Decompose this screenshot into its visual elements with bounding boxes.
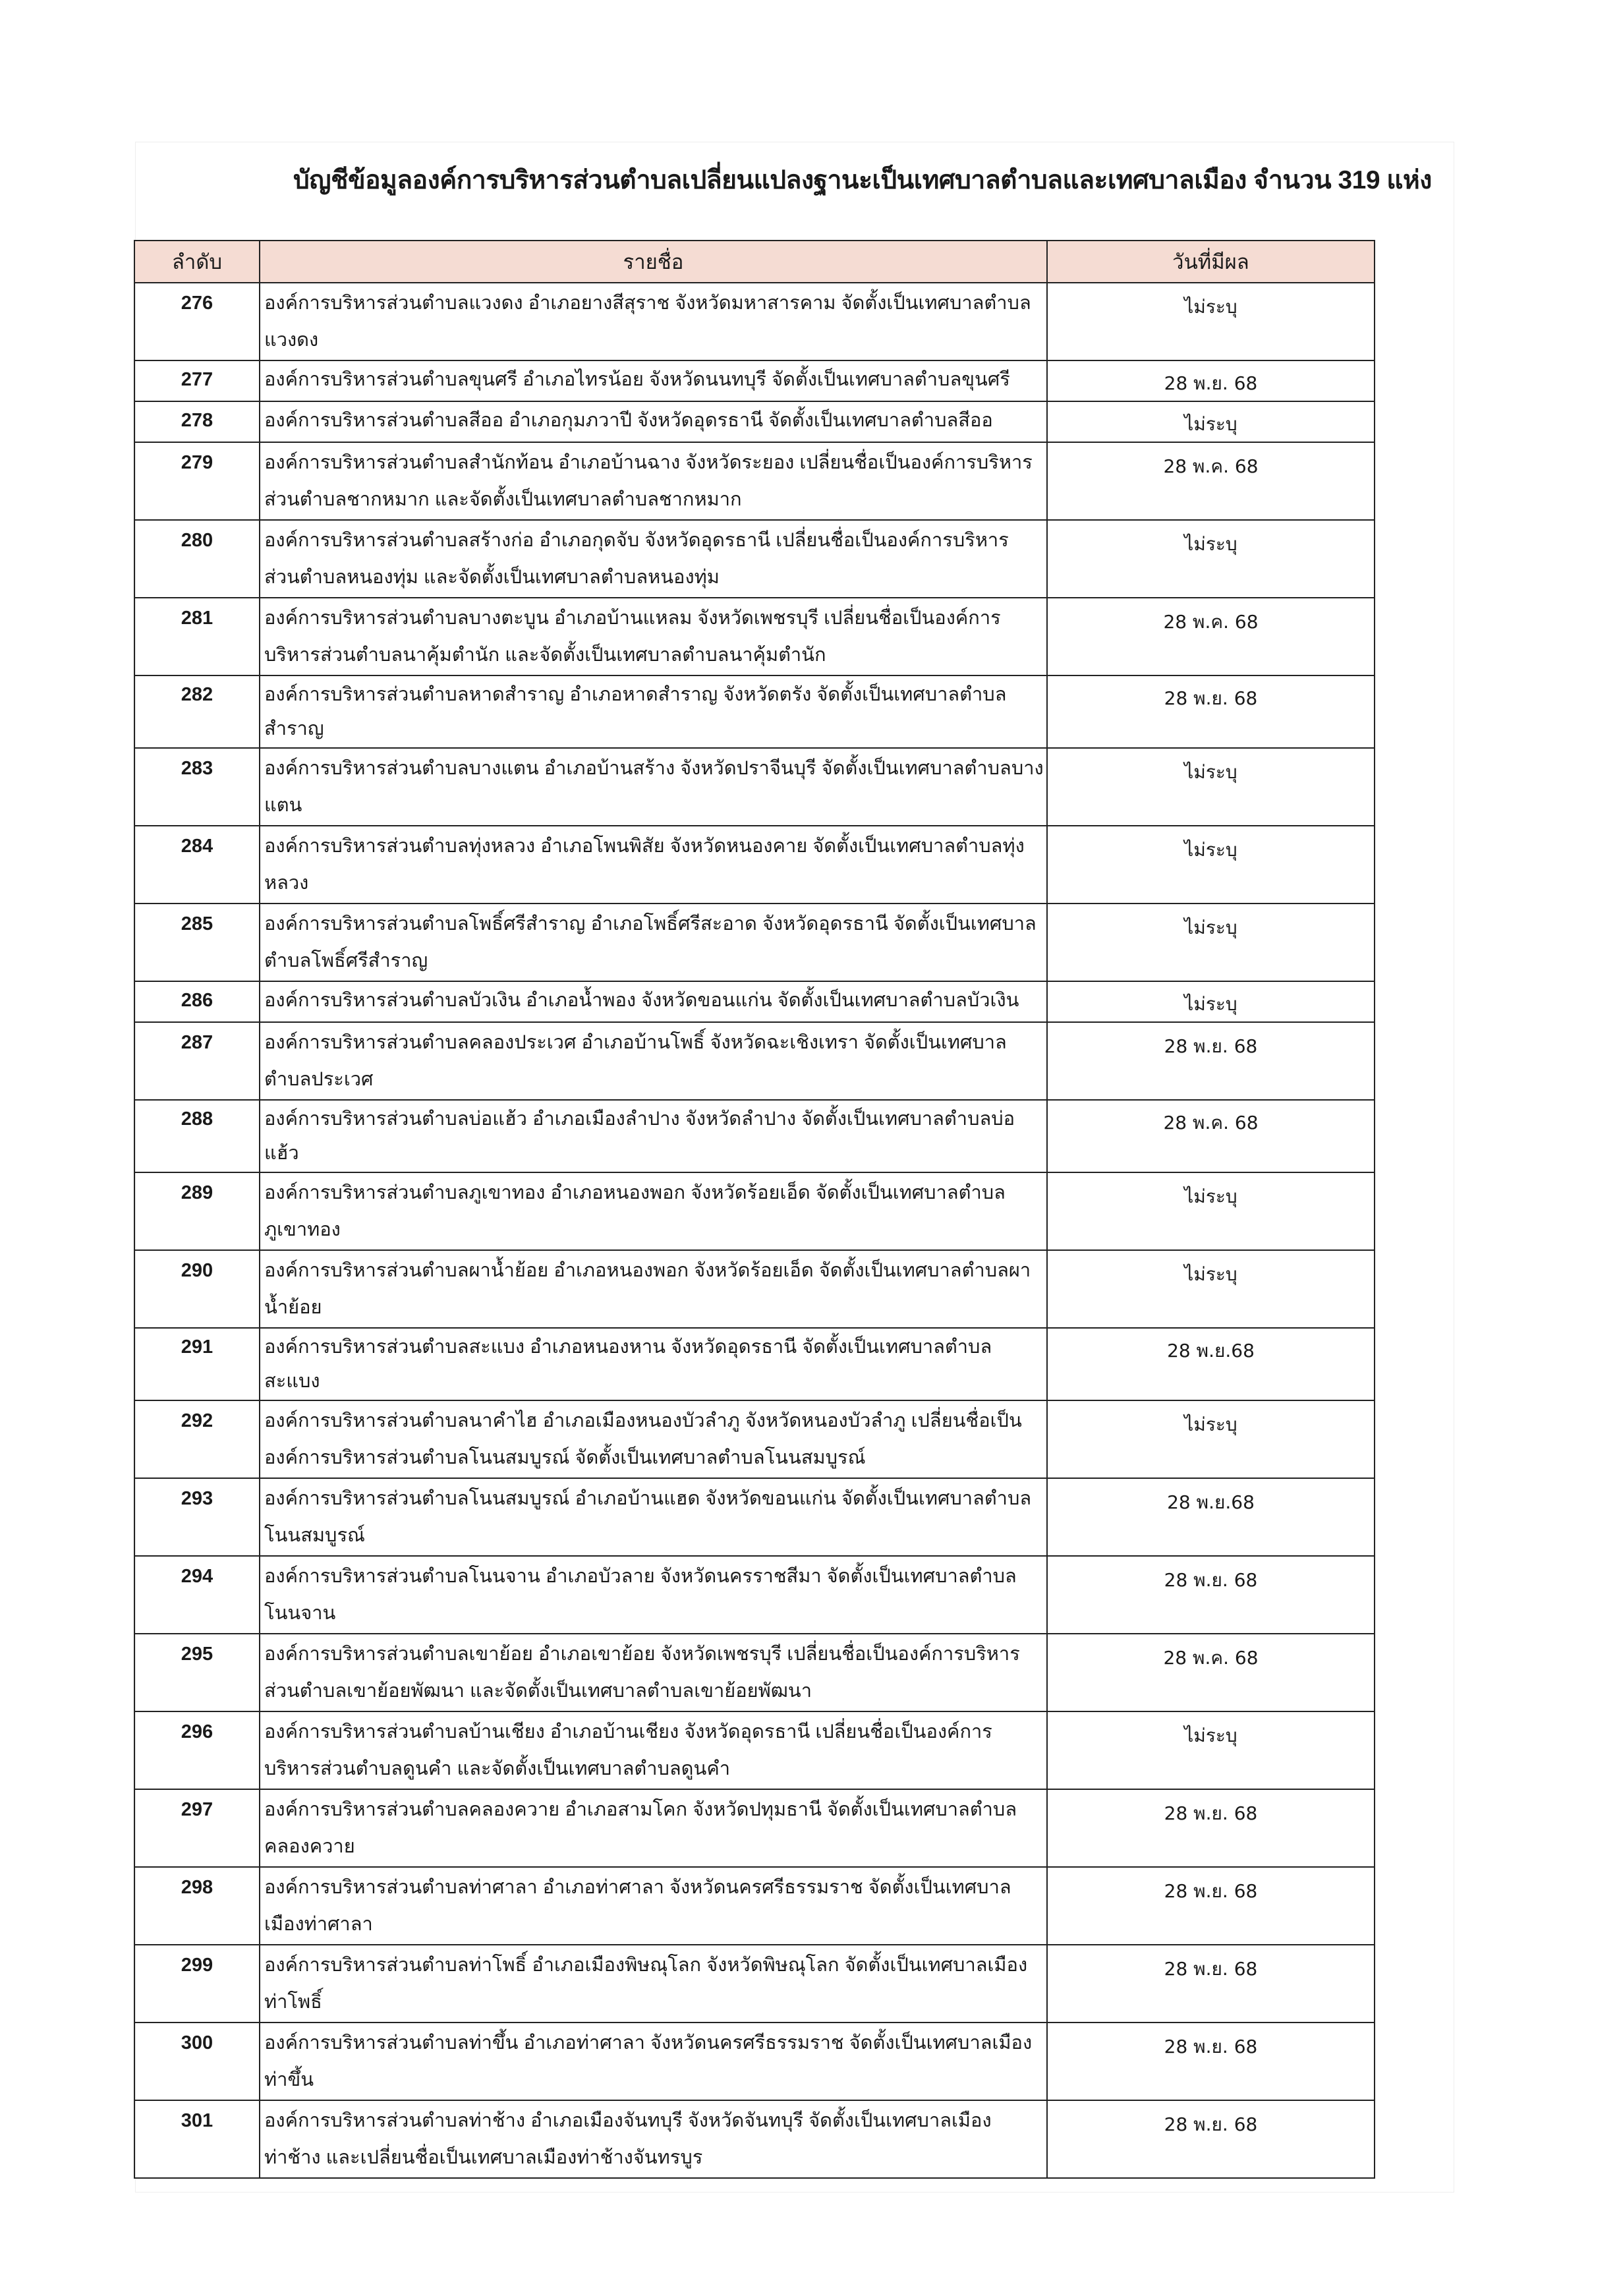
row-name: องค์การบริหารส่วนตำบลท่าโพธิ์ อำเภอเมือง… [260,1945,1047,2023]
row-effective-date: ไม่ระบุ [1047,1400,1375,1478]
row-number: 284 [134,826,260,904]
row-name: องค์การบริหารส่วนตำบลบ่อแฮ้ว อำเภอเมืองล… [260,1100,1047,1172]
row-effective-date: 28 พ.ย. 68 [1047,1789,1375,1867]
row-name: องค์การบริหารส่วนตำบลโนนจาน อำเภอบัวลาย … [260,1556,1047,1634]
row-number: 292 [134,1400,260,1478]
row-number: 282 [134,675,260,748]
table-row: 280องค์การบริหารส่วนตำบลสร้างก่อ อำเภอกุ… [134,520,1375,598]
row-effective-date: 28 พ.ย. 68 [1047,2100,1375,2178]
table-row: 299องค์การบริหารส่วนตำบลท่าโพธิ์ อำเภอเม… [134,1945,1375,2023]
row-effective-date: 28 พ.ย. 68 [1047,675,1375,748]
table-row: 283องค์การบริหารส่วนตำบลบางแตน อำเภอบ้าน… [134,748,1375,826]
row-name: องค์การบริหารส่วนตำบลบ้านเชียง อำเภอบ้าน… [260,1711,1047,1789]
row-effective-date: ไม่ระบุ [1047,520,1375,598]
document-title-text: บัญชีข้อมูลองค์การบริหารส่วนตำบลเปลี่ยนแ… [293,159,1432,200]
table-row: 300องค์การบริหารส่วนตำบลท่าขึ้น อำเภอท่า… [134,2023,1375,2100]
row-number: 286 [134,981,260,1022]
municipality-table: ลำดับ รายชื่อ วันที่มีผล 276องค์การบริหา… [134,240,1375,2179]
row-effective-date: 28 พ.ย.68 [1047,1328,1375,1400]
row-name: องค์การบริหารส่วนตำบลทุ่งหลวง อำเภอโพนพิ… [260,826,1047,904]
table-row: 292องค์การบริหารส่วนตำบลนาคำไฮ อำเภอเมือ… [134,1400,1375,1478]
row-effective-date: ไม่ระบุ [1047,401,1375,442]
row-effective-date: ไม่ระบุ [1047,748,1375,826]
table-row: 282องค์การบริหารส่วนตำบลหาดสำราญ อำเภอหา… [134,675,1375,748]
header-effective-date: วันที่มีผล [1047,241,1375,283]
table-row: 279องค์การบริหารส่วนตำบลสำนักท้อน อำเภอบ… [134,442,1375,520]
row-effective-date: ไม่ระบุ [1047,826,1375,904]
row-name: องค์การบริหารส่วนตำบลท่าศาลา อำเภอท่าศาล… [260,1867,1047,1945]
row-number: 290 [134,1250,260,1328]
table-row: 287องค์การบริหารส่วนตำบลคลองประเวศ อำเภอ… [134,1022,1375,1100]
row-effective-date: 28 พ.ย. 68 [1047,1556,1375,1634]
row-number: 283 [134,748,260,826]
row-name: องค์การบริหารส่วนตำบลแวงดง อำเภอยางสีสุร… [260,283,1047,360]
table-row: 281องค์การบริหารส่วนตำบลบางตะบูน อำเภอบ้… [134,598,1375,675]
row-name: องค์การบริหารส่วนตำบลโพธิ์ศรีสำราญ อำเภอ… [260,904,1047,981]
row-name: องค์การบริหารส่วนตำบลผาน้ำย้อย อำเภอหนอง… [260,1250,1047,1328]
row-effective-date: 28 พ.ย. 68 [1047,1867,1375,1945]
row-number: 288 [134,1100,260,1172]
row-number: 287 [134,1022,260,1100]
row-name: องค์การบริหารส่วนตำบลสีออ อำเภอกุมภวาปี … [260,401,1047,442]
row-effective-date: 28 พ.ค. 68 [1047,442,1375,520]
row-effective-date: ไม่ระบุ [1047,981,1375,1022]
row-effective-date: 28 พ.ย. 68 [1047,2023,1375,2100]
row-name: องค์การบริหารส่วนตำบลหาดสำราญ อำเภอหาดสำ… [260,675,1047,748]
row-effective-date: 28 พ.ค. 68 [1047,1634,1375,1711]
table-row: 301องค์การบริหารส่วนตำบลท่าช้าง อำเภอเมื… [134,2100,1375,2178]
row-effective-date: 28 พ.ค. 68 [1047,1100,1375,1172]
row-effective-date: ไม่ระบุ [1047,1250,1375,1328]
row-name: องค์การบริหารส่วนตำบลโนนสมบูรณ์ อำเภอบ้า… [260,1478,1047,1556]
row-number: 291 [134,1328,260,1400]
table-row: 284องค์การบริหารส่วนตำบลทุ่งหลวง อำเภอโพ… [134,826,1375,904]
row-effective-date: 28 พ.ย. 68 [1047,1022,1375,1100]
row-number: 300 [134,2023,260,2100]
table-row: 295องค์การบริหารส่วนตำบลเขาย้อย อำเภอเขา… [134,1634,1375,1711]
table-row: 290องค์การบริหารส่วนตำบลผาน้ำย้อย อำเภอห… [134,1250,1375,1328]
row-name: องค์การบริหารส่วนตำบลสร้างก่อ อำเภอกุดจั… [260,520,1047,598]
header-name: รายชื่อ [260,241,1047,283]
table-row: 293องค์การบริหารส่วนตำบลโนนสมบูรณ์ อำเภอ… [134,1478,1375,1556]
row-number: 279 [134,442,260,520]
row-name: องค์การบริหารส่วนตำบลท่าขึ้น อำเภอท่าศาล… [260,2023,1047,2100]
table-row: 298องค์การบริหารส่วนตำบลท่าศาลา อำเภอท่า… [134,1867,1375,1945]
row-effective-date: 28 พ.ค. 68 [1047,598,1375,675]
row-number: 285 [134,904,260,981]
row-effective-date: ไม่ระบุ [1047,904,1375,981]
table-row: 289องค์การบริหารส่วนตำบลภูเขาทอง อำเภอหน… [134,1172,1375,1250]
row-number: 301 [134,2100,260,2178]
row-number: 278 [134,401,260,442]
row-effective-date: 28 พ.ย. 68 [1047,1945,1375,2023]
table-row: 297องค์การบริหารส่วนตำบลคลองควาย อำเภอสา… [134,1789,1375,1867]
table-row: 285องค์การบริหารส่วนตำบลโพธิ์ศรีสำราญ อำ… [134,904,1375,981]
row-effective-date: 28 พ.ย. 68 [1047,360,1375,401]
row-effective-date: 28 พ.ย.68 [1047,1478,1375,1556]
row-name: องค์การบริหารส่วนตำบลบางตะบูน อำเภอบ้านแ… [260,598,1047,675]
row-number: 298 [134,1867,260,1945]
row-name: องค์การบริหารส่วนตำบลขุนศรี อำเภอไทรน้อย… [260,360,1047,401]
row-number: 297 [134,1789,260,1867]
row-name: องค์การบริหารส่วนตำบลเขาย้อย อำเภอเขาย้อ… [260,1634,1047,1711]
row-number: 276 [134,283,260,360]
row-number: 294 [134,1556,260,1634]
table-row: 294องค์การบริหารส่วนตำบลโนนจาน อำเภอบัวล… [134,1556,1375,1634]
row-number: 299 [134,1945,260,2023]
row-name: องค์การบริหารส่วนตำบลสะแบง อำเภอหนองหาน … [260,1328,1047,1400]
row-name: องค์การบริหารส่วนตำบลท่าช้าง อำเภอเมืองจ… [260,2100,1047,2178]
table-row: 276องค์การบริหารส่วนตำบลแวงดง อำเภอยางสี… [134,283,1375,360]
row-effective-date: ไม่ระบุ [1047,283,1375,360]
row-name: องค์การบริหารส่วนตำบลบางแตน อำเภอบ้านสร้… [260,748,1047,826]
row-number: 277 [134,360,260,401]
row-number: 295 [134,1634,260,1711]
row-number: 280 [134,520,260,598]
row-number: 296 [134,1711,260,1789]
header-order: ลำดับ [134,241,260,283]
table-header-row: ลำดับ รายชื่อ วันที่มีผล [134,241,1375,283]
row-number: 281 [134,598,260,675]
table-row: 291องค์การบริหารส่วนตำบลสะแบง อำเภอหนองห… [134,1328,1375,1400]
row-name: องค์การบริหารส่วนตำบลภูเขาทอง อำเภอหนองพ… [260,1172,1047,1250]
row-number: 289 [134,1172,260,1250]
row-effective-date: ไม่ระบุ [1047,1172,1375,1250]
row-name: องค์การบริหารส่วนตำบลคลองควาย อำเภอสามโค… [260,1789,1047,1867]
table-row: 277องค์การบริหารส่วนตำบลขุนศรี อำเภอไทรน… [134,360,1375,401]
table-row: 278องค์การบริหารส่วนตำบลสีออ อำเภอกุมภวา… [134,401,1375,442]
table-row: 296องค์การบริหารส่วนตำบลบ้านเชียง อำเภอบ… [134,1711,1375,1789]
row-name: องค์การบริหารส่วนตำบลสำนักท้อน อำเภอบ้าน… [260,442,1047,520]
table-row: 286องค์การบริหารส่วนตำบลบัวเงิน อำเภอน้ำ… [134,981,1375,1022]
table-row: 288องค์การบริหารส่วนตำบลบ่อแฮ้ว อำเภอเมื… [134,1100,1375,1172]
row-effective-date: ไม่ระบุ [1047,1711,1375,1789]
row-name: องค์การบริหารส่วนตำบลบัวเงิน อำเภอน้ำพอง… [260,981,1047,1022]
row-number: 293 [134,1478,260,1556]
row-name: องค์การบริหารส่วนตำบลคลองประเวศ อำเภอบ้า… [260,1022,1047,1100]
row-name: องค์การบริหารส่วนตำบลนาคำไฮ อำเภอเมืองหน… [260,1400,1047,1478]
